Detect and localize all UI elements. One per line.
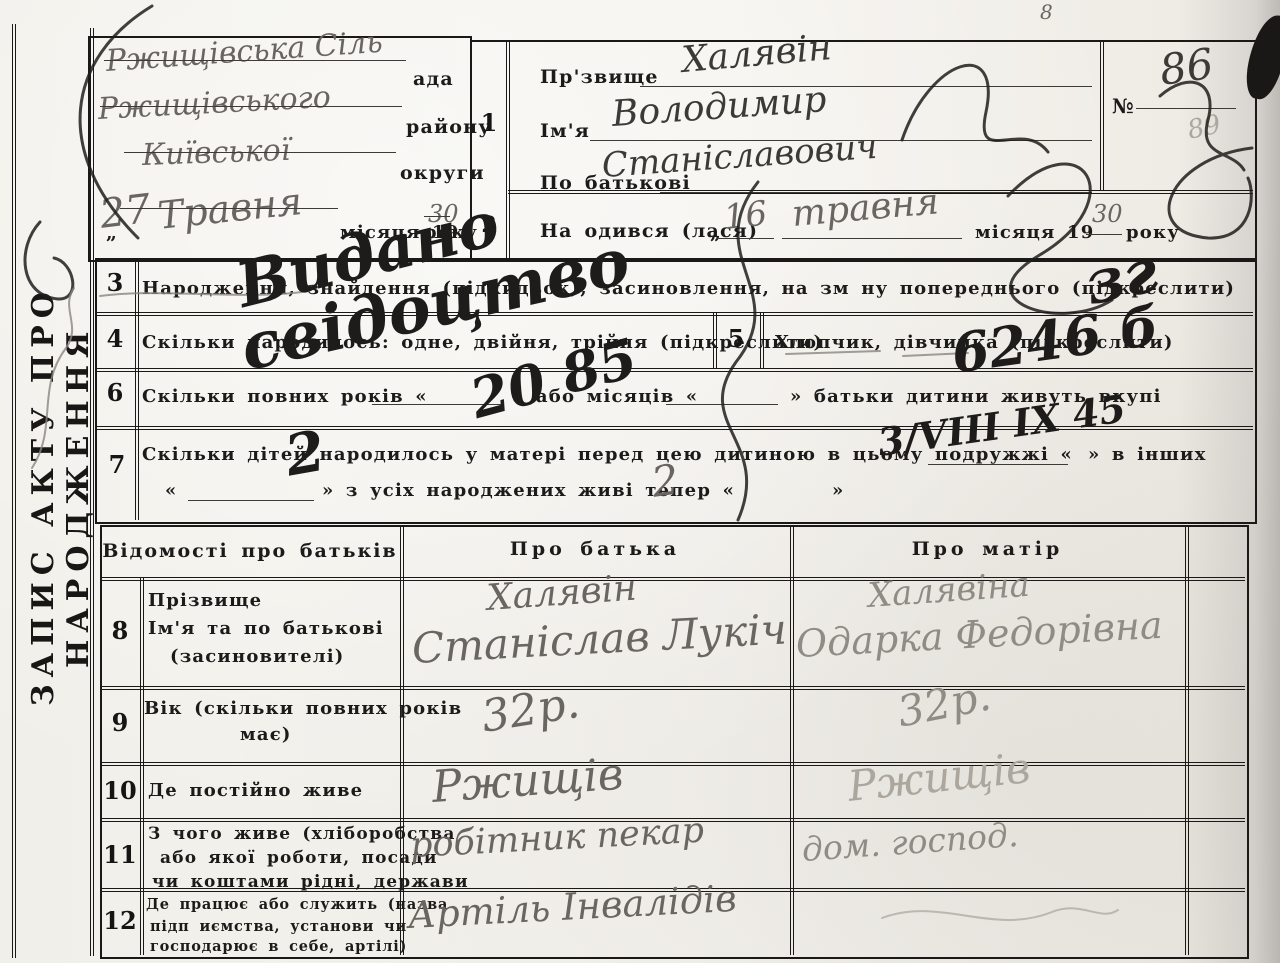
row11-label-2: або якої роботи, посади — [160, 848, 438, 868]
header-info: Відомості про батьків — [100, 540, 400, 562]
q7-blank-2 — [188, 500, 314, 501]
row9-label-1: Вік (скільки повних років — [144, 698, 462, 719]
born-month-rule — [782, 238, 962, 239]
t-col-mother-rule — [790, 525, 794, 955]
side-title-vertical: ЗАПИС АКТУ ПРО НАРОДЖЕННЯ — [26, 186, 82, 806]
q3-number: 3 — [95, 268, 135, 297]
t-numcol-rule — [140, 577, 144, 955]
record-number-value: 86 — [1157, 39, 1217, 95]
no-rule — [1136, 108, 1236, 109]
registry-date-rule — [120, 208, 338, 209]
q5-number: 5 — [716, 324, 756, 353]
row11-label-3: чи коштами рідні, держави — [152, 872, 469, 892]
registry-date-day: 27 — [97, 186, 153, 238]
born-year-rule — [1086, 234, 1122, 235]
q5-cell-rule-right — [760, 312, 764, 368]
row11-number: 11 — [100, 840, 140, 869]
born-year: 30 — [1092, 200, 1123, 228]
surname-label: Пр'звище — [540, 66, 659, 88]
q7-open: « — [165, 480, 177, 501]
row10-number: 10 — [100, 776, 140, 805]
q7-close: » — [832, 480, 844, 501]
registry-council-label: ада — [413, 68, 454, 90]
registry-line3-rule — [124, 152, 396, 153]
header-father: Про батька — [400, 538, 790, 560]
row9-label-2: має) — [240, 724, 292, 745]
q7-number: 7 — [97, 450, 137, 479]
row8-label-2: Ім'я та по батькові — [148, 618, 384, 639]
t-col-extra-rule — [1185, 525, 1189, 955]
row1-number: 1 — [474, 108, 504, 137]
born-mid: місяця 19 — [975, 222, 1094, 243]
row12-number: 12 — [100, 906, 140, 935]
name-label: Ім'я — [540, 120, 590, 142]
born-day: 16 — [722, 194, 769, 238]
row12-label-3: господарює в себе, артілі) — [150, 938, 407, 955]
scanned-birth-record: ЗАПИС АКТУ ПРО НАРОДЖЕННЯ 8 Ржищівська С… — [0, 0, 1280, 963]
row8-number: 8 — [100, 616, 140, 645]
no-label: № — [1112, 94, 1135, 118]
q6-blank-2 — [666, 404, 778, 405]
row12-label-2: підп иємства, установи чи — [150, 918, 407, 935]
no-cell-rule — [1100, 40, 1104, 190]
born-quote: „ — [710, 222, 722, 244]
top-margin-digit: 8 — [1040, 0, 1053, 24]
row12-label-1: Де працює або служить (назва — [146, 896, 448, 913]
left-margin-rule — [12, 24, 16, 958]
t-sep-8-9 — [100, 686, 1245, 690]
t-header-sep — [100, 577, 1245, 581]
questions-num-col-rule — [135, 258, 139, 520]
row8-label-1: Прізвище — [148, 590, 262, 611]
q7-blank-1 — [928, 464, 1068, 465]
record-num-col-rule — [506, 40, 510, 258]
row8-label-3: (засиновителі) — [170, 646, 344, 667]
registry-line2-rule — [100, 106, 402, 107]
q6-number: 6 — [95, 378, 135, 407]
t-sep-9-10 — [100, 762, 1245, 766]
row10-label-1: Де постійно живе — [148, 780, 363, 801]
q7-line1-end: » в інших — [1088, 444, 1207, 465]
header-mother: Про матір — [790, 538, 1185, 560]
row9-number: 9 — [100, 708, 140, 737]
q4-number: 4 — [95, 324, 135, 353]
born-day-rule — [716, 238, 774, 239]
registry-line1-rule — [104, 60, 406, 61]
